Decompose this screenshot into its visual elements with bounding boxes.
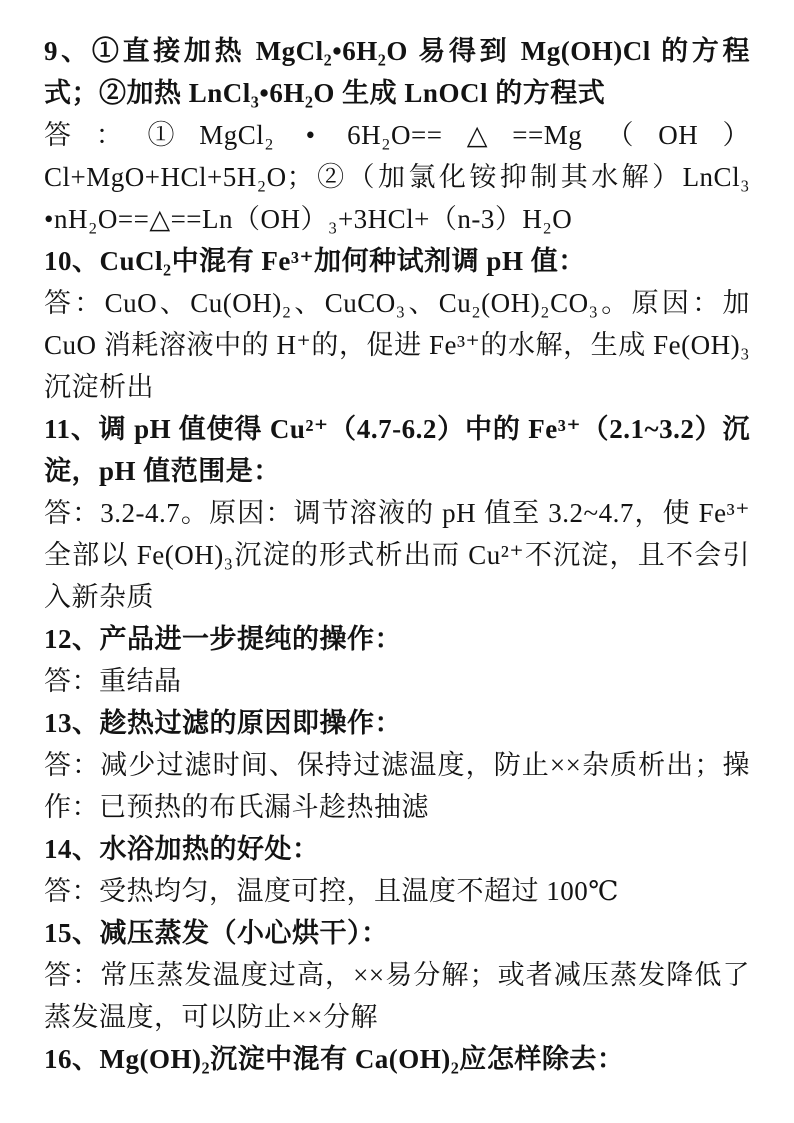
question-13: 13、趁热过滤的原因即操作： [44, 702, 750, 744]
qa-item-9: 9、①直接加热 MgCl₂•6H₂O 易得到 Mg(OH)Cl 的方程式；②加热… [44, 30, 750, 240]
question-9: 9、①直接加热 MgCl₂•6H₂O 易得到 Mg(OH)Cl 的方程式；②加热… [44, 30, 750, 114]
question-12: 12、产品进一步提纯的操作： [44, 618, 750, 660]
question-14: 14、水浴加热的好处： [44, 828, 750, 870]
qa-item-12: 12、产品进一步提纯的操作： 答：重结晶 [44, 618, 750, 702]
question-16: 16、Mg(OH)₂沉淀中混有 Ca(OH)₂应怎样除去： [44, 1038, 750, 1080]
answer-11: 答：3.2-4.7。原因：调节溶液的 pH 值至 3.2~4.7，使 Fe³⁺全… [44, 492, 750, 618]
question-11: 11、调 pH 值使得 Cu²⁺（4.7-6.2）中的 Fe³⁺（2.1~3.2… [44, 408, 750, 492]
qa-item-15: 15、减压蒸发（小心烘干）： 答：常压蒸发温度过高，××易分解；或者减压蒸发降低… [44, 912, 750, 1038]
answer-9: 答：①MgCl₂ • 6H₂O==△==Mg（OH）Cl+MgO+HCl+5H₂… [44, 114, 750, 240]
question-15: 15、减压蒸发（小心烘干）： [44, 912, 750, 954]
answer-10: 答：CuO、Cu(OH)₂、CuCO₃、Cu₂(OH)₂CO₃。原因：加 CuO… [44, 282, 750, 408]
qa-item-13: 13、趁热过滤的原因即操作： 答：减少过滤时间、保持过滤温度，防止××杂质析出；… [44, 702, 750, 828]
answer-13: 答：减少过滤时间、保持过滤温度，防止××杂质析出；操作：已预热的布氏漏斗趁热抽滤 [44, 744, 750, 828]
qa-item-11: 11、调 pH 值使得 Cu²⁺（4.7-6.2）中的 Fe³⁺（2.1~3.2… [44, 408, 750, 618]
answer-14: 答：受热均匀，温度可控，且温度不超过 100℃ [44, 870, 750, 912]
question-10: 10、CuCl₂中混有 Fe³⁺加何种试剂调 pH 值： [44, 240, 750, 282]
answer-15: 答：常压蒸发温度过高，××易分解；或者减压蒸发降低了蒸发温度，可以防止××分解 [44, 954, 750, 1038]
document-page: 9、①直接加热 MgCl₂•6H₂O 易得到 Mg(OH)Cl 的方程式；②加热… [0, 0, 794, 1123]
qa-item-14: 14、水浴加热的好处： 答：受热均匀，温度可控，且温度不超过 100℃ [44, 828, 750, 912]
qa-item-16: 16、Mg(OH)₂沉淀中混有 Ca(OH)₂应怎样除去： [44, 1038, 750, 1080]
qa-item-10: 10、CuCl₂中混有 Fe³⁺加何种试剂调 pH 值： 答：CuO、Cu(OH… [44, 240, 750, 408]
answer-12: 答：重结晶 [44, 660, 750, 702]
